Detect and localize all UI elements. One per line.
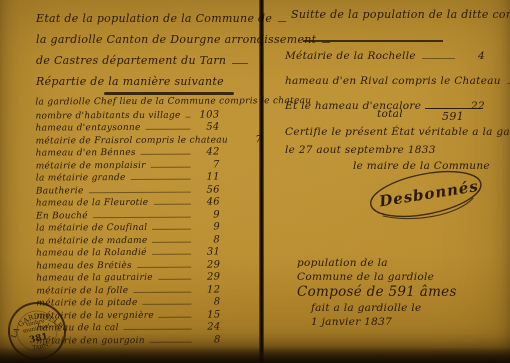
entry-row: Bautherie56 [36, 184, 220, 197]
dash-leader [137, 266, 191, 267]
entry-row: hameau de la Rolandié31 [36, 247, 220, 260]
header-line: la gardiolle Canton de Dourgne arrondiss… [36, 29, 250, 50]
dash-leader [152, 254, 191, 255]
scanned-document: Etat de la population de la Commune de l… [0, 0, 510, 363]
entry-row: métairie de monplaisir7 [36, 159, 220, 172]
entry-row: la gardiolle Chef lieu de la Commune com… [35, 97, 219, 110]
dash-leader [143, 304, 192, 305]
entry-row: hameau d'entaysonne54 [35, 122, 219, 135]
entry-value: 42 [194, 147, 220, 158]
entry-label: la métairie de madame [36, 235, 147, 246]
entry-value: 46 [194, 197, 220, 208]
right-page: Suitte de la population de la ditte comm… [265, 0, 510, 363]
scan-bottom-shadow [0, 347, 510, 363]
note-line: Composé de 591 âmes [297, 284, 457, 301]
entry-value: 9 [194, 209, 220, 220]
entry-value: 12 [194, 284, 220, 295]
left-header: Etat de la population de la Commune de l… [36, 8, 250, 92]
entry-row: hameau de la gautrairie29 [36, 272, 220, 285]
dash-leader [150, 341, 192, 342]
entry-label: hameau d'entaysonne [35, 123, 140, 134]
header-line: Répartie de la manière suivante [36, 71, 250, 92]
header-text: de Castres département du Tarn [36, 50, 226, 71]
note-line: 1 janvier 1837 [311, 315, 457, 329]
entry-value: 56 [194, 184, 220, 195]
dash-leader [186, 116, 191, 117]
population-note-block: population de la Commune de la gardiole … [297, 256, 457, 329]
entry-row: nombre d'habitants du village103 [35, 109, 219, 122]
entry-label: métairie de monplaisir [36, 160, 146, 171]
entry-row: la métairie grande11 [36, 172, 220, 185]
entry-row: la métairie de madame8 [36, 234, 220, 247]
entry-value: 29 [194, 272, 220, 283]
entry-label: métairie de Fraisrol compris le chateau [36, 135, 228, 146]
title-text: Suitte de la population de la ditte comm… [291, 8, 510, 21]
dash-leader [152, 229, 191, 230]
header-text: Etat de la population de la Commune de [36, 8, 272, 29]
total-value: 591 [425, 108, 481, 123]
dash-leader [93, 216, 191, 218]
dash-leader [141, 154, 191, 155]
entry-label: métairie de la folle [36, 285, 128, 295]
entry-label: En Bouché [36, 211, 88, 221]
entry-row: hameau d'en Rival compris le Chateau18 [285, 75, 485, 87]
entry-row: hameau de la Fleurotie46 [36, 197, 220, 210]
dash-leader [146, 129, 191, 130]
entry-value: 11 [194, 172, 220, 183]
entry-row: hameau d'en Bénnes42 [36, 147, 220, 160]
certification-block: Certifie le présent État véritable a la … [285, 123, 505, 159]
entry-label: nombre d'habitants du village [35, 110, 180, 121]
dash-leader [89, 191, 191, 193]
note-line: Commune de la gardiole [297, 270, 457, 284]
entry-value: 9 [194, 222, 220, 233]
entry-label: hameau de la Fleurotie [36, 198, 149, 209]
header-text: Répartie de la manière suivante [36, 71, 224, 92]
dash-leader [153, 204, 191, 205]
dash-leader [124, 329, 192, 330]
entry-value: 54 [193, 122, 219, 133]
entry-label: Bautherie [36, 186, 84, 196]
dash-leader [159, 316, 192, 317]
entry-label: la métairie grande [36, 173, 126, 183]
entry-label: hameau de la gautrairie [36, 273, 153, 284]
entry-value: 7 [194, 159, 220, 170]
entry-row: la métairie de Coufinal9 [36, 222, 220, 235]
entry-row: En Bouché9 [36, 209, 220, 222]
title-underline [303, 40, 443, 42]
dash-leader [133, 291, 191, 292]
note-line: fait a la gardiolle le [311, 301, 457, 315]
entry-label: hameau de la Rolandié [36, 248, 147, 259]
certify-line: le 27 aout septembre 1833 [285, 141, 505, 159]
dash-leader [151, 166, 191, 167]
entry-value: 29 [194, 259, 220, 270]
dash-leader [131, 179, 191, 180]
total-label: total [377, 108, 403, 120]
dash-leader [422, 58, 455, 59]
entry-row: hameau des Brétiès29 [36, 259, 220, 272]
entry-value: 31 [194, 247, 220, 258]
left-page: Etat de la population de la Commune de l… [0, 0, 258, 363]
page-fold-spine [259, 0, 264, 363]
entry-value: 24 [195, 322, 221, 333]
entry-value: 103 [193, 109, 219, 120]
entry-value: 8 [194, 297, 220, 308]
dash-leader [232, 63, 248, 64]
note-line: population de la [297, 256, 457, 270]
entry-label: hameau d'en Bénnes [36, 148, 136, 159]
entry-label: la métairie de Coufinal [36, 223, 147, 234]
entry-value: 8 [195, 334, 221, 345]
entry-value: 8 [194, 234, 220, 245]
entry-row: métairie de Fraisrol compris le chateau7 [36, 134, 220, 147]
dash-leader [158, 279, 191, 280]
certify-line: Certifie le présent État véritable a la … [285, 123, 505, 141]
right-page-title: Suitte de la population de la ditte comm… [291, 8, 503, 22]
entry-label: hameau des Brétiès [36, 260, 132, 271]
dash-leader [152, 241, 191, 242]
entry-row: Métairie de la Rochelle4 [285, 50, 485, 62]
header-underline [104, 92, 234, 95]
mayor-signature: Desbonnés [359, 162, 493, 229]
entry-label: Métairie de la Rochelle [285, 50, 416, 62]
entry-value: 4 [459, 50, 485, 62]
header-line: de Castres département du Tarn [36, 50, 250, 71]
entry-value: 15 [194, 309, 220, 320]
entry-label: hameau d'en Rival compris le Chateau [285, 75, 501, 87]
entry-row: métairie de la folle12 [36, 284, 220, 297]
header-line: Etat de la population de la Commune de [36, 8, 250, 29]
